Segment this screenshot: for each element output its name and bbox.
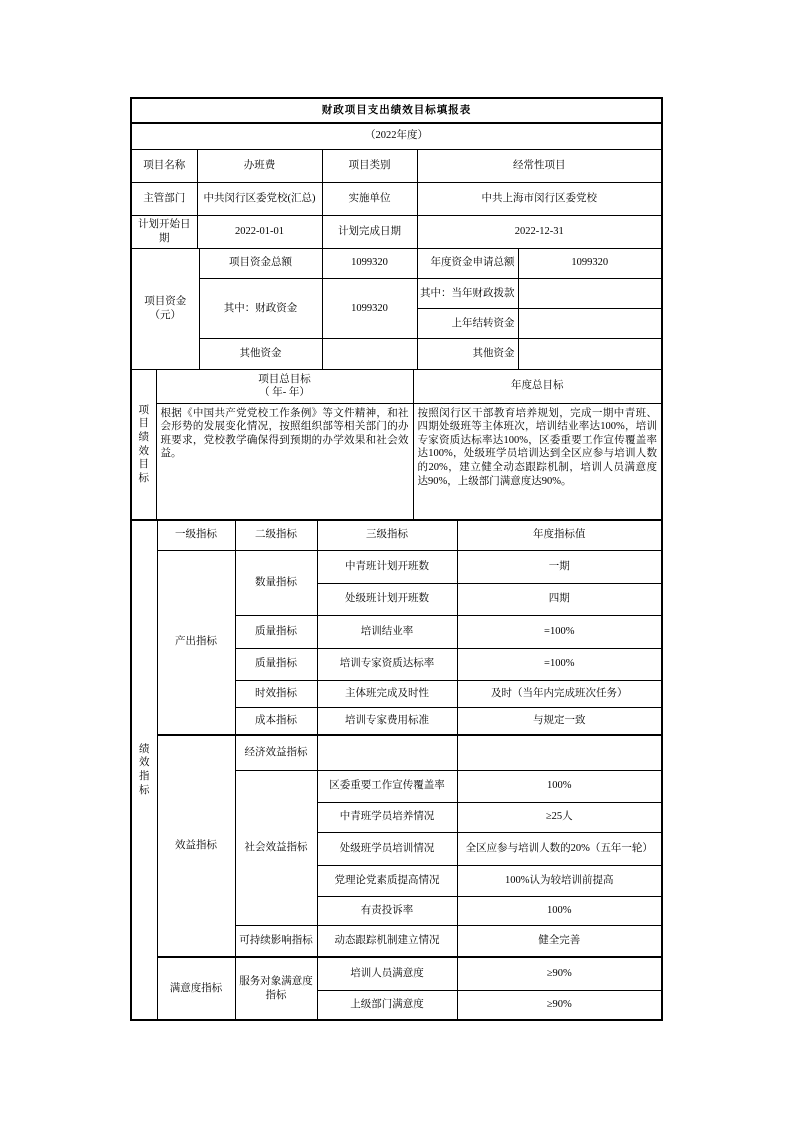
- competent-dept-label: 主管部门: [132, 182, 197, 215]
- carryover-label: 上年结转资金: [417, 309, 518, 339]
- project-name-value: 办班费: [197, 149, 322, 182]
- indicator-value-cell: 100%: [457, 896, 661, 925]
- indicator-l3-cell: 培训专家资质达标率: [317, 648, 457, 680]
- group-output-label: 产出指标: [157, 550, 235, 735]
- other-funds-left-value: [322, 339, 417, 370]
- group-satisfaction-label: 满意度指标: [157, 957, 235, 1019]
- funds-section: 项目资金 （元） 项目资金总额 1099320 年度资金申请总额 1099320…: [132, 249, 661, 371]
- indicator-l2-cell: 社会效益指标: [235, 770, 317, 925]
- indicator-value-cell: =100%: [457, 615, 661, 648]
- competent-dept-value: 中共闵行区委党校(汇总): [197, 182, 322, 215]
- indicator-l2-cell: 质量指标: [235, 648, 317, 680]
- indicator-l2-cell: 服务对象满意度指标: [235, 957, 317, 1019]
- goals-section-label: 项目 绩效 目标: [132, 370, 156, 520]
- indicator-l2-cell: 经济效益指标: [235, 735, 317, 770]
- header-l1: 一级指标: [157, 521, 235, 550]
- indicator-value-cell: 100%认为较培训前提高: [457, 865, 661, 896]
- indicator-row: 产出指标 数量指标 中青班计划开班数 一期: [132, 550, 661, 583]
- indicator-l3-cell: 中青班计划开班数: [317, 550, 457, 583]
- header-l2: 二级指标: [235, 521, 317, 550]
- indicator-l3-cell: 处级班学员培训情况: [317, 832, 457, 865]
- current-grant-label: 其中：当年财政拨款: [417, 279, 518, 309]
- indicator-l3-cell: 党理论党素质提高情况: [317, 865, 457, 896]
- indicator-value-cell: 四期: [457, 583, 661, 615]
- overall-goal-header: 项目总目标 （ 年- 年）: [156, 370, 413, 403]
- other-funds-right-label: 其他资金: [417, 339, 518, 370]
- annual-request-label: 年度资金申请总额: [417, 249, 518, 279]
- funds-total-value: 1099320: [322, 249, 417, 279]
- indicator-value-cell: 全区应参与培训人数的20%（五年一轮）: [457, 832, 661, 865]
- indicator-value-cell: 及时（当年内完成班次任务）: [457, 680, 661, 707]
- plan-end-label: 计划完成日期: [322, 215, 417, 248]
- fiscal-funds-label: 其中：财政资金: [199, 279, 322, 339]
- indicator-l3-cell: 培训专家费用标准: [317, 707, 457, 735]
- fiscal-funds-value: 1099320: [322, 279, 417, 339]
- indicator-l3-cell: 主体班完成及时性: [317, 680, 457, 707]
- form-subtitle: （2022年度）: [132, 123, 661, 149]
- indicator-l3-cell: 区委重要工作宣传覆盖率: [317, 770, 457, 802]
- indicator-l3-cell: [317, 735, 457, 770]
- plan-start-label: 计划开始日期: [132, 215, 197, 248]
- indicator-l2-cell: 时效指标: [235, 680, 317, 707]
- implement-unit-label: 实施单位: [322, 182, 417, 215]
- project-name-label: 项目名称: [132, 149, 197, 182]
- indicator-l3-cell: 上级部门满意度: [317, 990, 457, 1019]
- annual-goal-header: 年度总目标: [413, 370, 661, 403]
- implement-unit-value: 中共上海市闵行区委党校: [417, 182, 661, 215]
- indicator-l3-cell: 培训人员满意度: [317, 957, 457, 990]
- indicator-l2-cell: 成本指标: [235, 707, 317, 735]
- indicator-l3-cell: 动态跟踪机制建立情况: [317, 925, 457, 957]
- indicators-section-label: 绩效 指标: [132, 521, 157, 1019]
- indicator-l2-cell: 质量指标: [235, 615, 317, 648]
- indicator-value-cell: 与规定一致: [457, 707, 661, 735]
- indicator-l2-cell: 可持续影响指标: [235, 925, 317, 957]
- indicator-l2-cell: 数量指标: [235, 550, 317, 615]
- annual-goal-text: 按照闵行区干部教育培养规划，完成一期中青班、四期处级班等主体班次，培训结业率达1…: [413, 403, 661, 520]
- current-grant-value: [518, 279, 661, 309]
- indicator-l3-cell: 处级班计划开班数: [317, 583, 457, 615]
- head-section: 财政项目支出绩效目标填报表 （2022年度） 项目名称 办班费 项目类别 经常性…: [132, 99, 661, 249]
- form-title: 财政项目支出绩效目标填报表: [132, 99, 661, 123]
- indicator-l3-cell: 培训结业率: [317, 615, 457, 648]
- goals-section: 项目 绩效 目标 项目总目标 （ 年- 年） 年度总目标 根据《中国共产党党校工…: [132, 370, 661, 521]
- indicator-value-cell: ≥25人: [457, 802, 661, 832]
- form-page: 财政项目支出绩效目标填报表 （2022年度） 项目名称 办班费 项目类别 经常性…: [0, 0, 793, 1122]
- indicator-row: 满意度指标 服务对象满意度指标 培训人员满意度 ≥90%: [132, 957, 661, 990]
- funds-total-label: 项目资金总额: [199, 249, 322, 279]
- plan-end-value: 2022-12-31: [417, 215, 661, 248]
- indicator-l3-cell: 有责投诉率: [317, 896, 457, 925]
- header-l3: 三级指标: [317, 521, 457, 550]
- project-type-label: 项目类别: [322, 149, 417, 182]
- other-funds-right-value: [518, 339, 661, 370]
- funds-section-label: 项目资金 （元）: [132, 249, 199, 370]
- carryover-value: [518, 309, 661, 339]
- project-type-value: 经常性项目: [417, 149, 661, 182]
- indicator-value-cell: 100%: [457, 770, 661, 802]
- indicator-l3-cell: 中青班学员培养情况: [317, 802, 457, 832]
- performance-target-form: 财政项目支出绩效目标填报表 （2022年度） 项目名称 办班费 项目类别 经常性…: [130, 97, 663, 1021]
- plan-start-value: 2022-01-01: [197, 215, 322, 248]
- header-value: 年度指标值: [457, 521, 661, 550]
- indicator-value-cell: 健全完善: [457, 925, 661, 957]
- indicator-value-cell: =100%: [457, 648, 661, 680]
- indicator-value-cell: [457, 735, 661, 770]
- indicator-value-cell: 一期: [457, 550, 661, 583]
- indicator-row: 效益指标 经济效益指标: [132, 735, 661, 770]
- indicator-value-cell: ≥90%: [457, 990, 661, 1019]
- indicator-value-cell: ≥90%: [457, 957, 661, 990]
- overall-goal-text: 根据《中国共产党党校工作条例》等文件精神，和社会形势的发展变化情况，按照组织部等…: [156, 403, 413, 520]
- other-funds-left-label: 其他资金: [199, 339, 322, 370]
- annual-request-value: 1099320: [518, 249, 661, 279]
- indicators-section: 绩效 指标 一级指标 二级指标 三级指标 年度指标值 产出指标 数量指标 中青班…: [132, 521, 661, 1019]
- group-benefit-label: 效益指标: [157, 735, 235, 957]
